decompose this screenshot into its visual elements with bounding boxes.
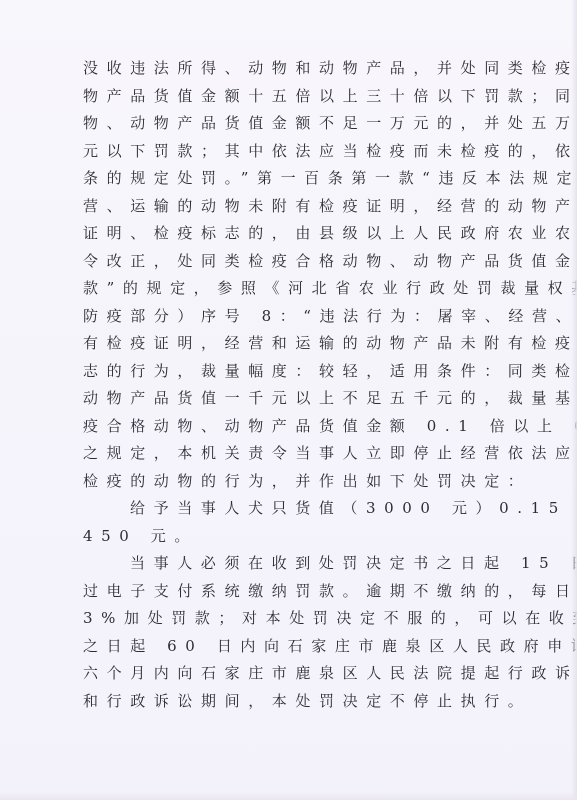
scan-edge-bottom bbox=[0, 792, 577, 800]
penalty-amount-line: 450 元。 bbox=[83, 523, 503, 551]
text-line: 3%加处罚款；对本处罚决定不服的，可以在收到本处罚决定书 bbox=[83, 605, 503, 633]
text-line: 款”的规定，参照《河北省农业行政处罚裁量权基准》（动物 bbox=[83, 275, 503, 303]
text-line: 志的行为，裁量幅度：较轻，适用条件：同类检疫合格动物、 bbox=[83, 358, 503, 386]
text-line: 之日起 60 日内向石家庄市鹿泉区人民政府申请行政复议；或者 bbox=[83, 633, 503, 661]
text-line: 动物产品货值一千元以上不足五千元的，裁量基准：处同类检 bbox=[83, 385, 503, 413]
text-line: 条的规定处罚。”第一百条第一款“违反本法规定，屠宰、经 bbox=[83, 165, 503, 193]
text-line: 六个月内向石家庄市鹿泉区人民法院提起行政诉讼。行政复议 bbox=[83, 660, 503, 688]
text-line: 证明、检疫标志的，由县级以上人民政府农业农村主管部门责 bbox=[83, 220, 503, 248]
text-line: 之规定，本机关责令当事人立即停止经营依法应当检疫而未经 bbox=[83, 440, 503, 468]
text-line: 物产品货值金额十五倍以上三十倍以下罚款；同类检疫合格动 bbox=[83, 83, 503, 111]
penalty-decision-line: 给予当事人犬只货值（3000 元）0.15 倍的罚款，即人民币 bbox=[83, 495, 503, 523]
payment-notice-line: 当事人必须在收到处罚决定书之日起 15 日内持本决定书通 bbox=[83, 550, 503, 578]
text-line: 元以下罚款；其中依法应当检疫而未检疫的，依照本法第一百 bbox=[83, 138, 503, 166]
document-body: 没收违法所得、动物和动物产品，并处同类检疫合格动物、动 物产品货值金额十五倍以上… bbox=[83, 55, 503, 715]
scan-edge-right bbox=[571, 0, 577, 800]
text-line: 物、动物产品货值金额不足一万元的，并处五万元以上十五万 bbox=[83, 110, 503, 138]
text-line: 和行政诉讼期间，本处罚决定不停止执行。 bbox=[83, 688, 503, 716]
text-line: 检疫的动物的行为，并作出如下处罚决定： bbox=[83, 468, 503, 496]
text-line: 有检疫证明，经营和运输的动物产品未附有检疫证明、检疫标 bbox=[83, 330, 503, 358]
text-line: 过电子支付系统缴纳罚款。逾期不缴纳的，每日按罚款数额的 bbox=[83, 578, 503, 606]
text-line: 疫合格动物、动物产品货值金额 0.1 倍以上 0.2 倍以下罚款；” bbox=[83, 413, 503, 441]
text-line: 没收违法所得、动物和动物产品，并处同类检疫合格动物、动 bbox=[83, 55, 503, 83]
scanned-page: 没收违法所得、动物和动物产品，并处同类检疫合格动物、动 物产品货值金额十五倍以上… bbox=[0, 0, 577, 800]
text-line: 令改正，处同类检疫合格动物、动物产品货值金额一倍以下罚 bbox=[83, 248, 503, 276]
text-line: 营、运输的动物未附有检疫证明，经营的动物产品未附有检疫 bbox=[83, 193, 503, 221]
text-line: 防疫部分）序号 8：“违法行为：屠宰、经营、运输的动物未附 bbox=[83, 303, 503, 331]
